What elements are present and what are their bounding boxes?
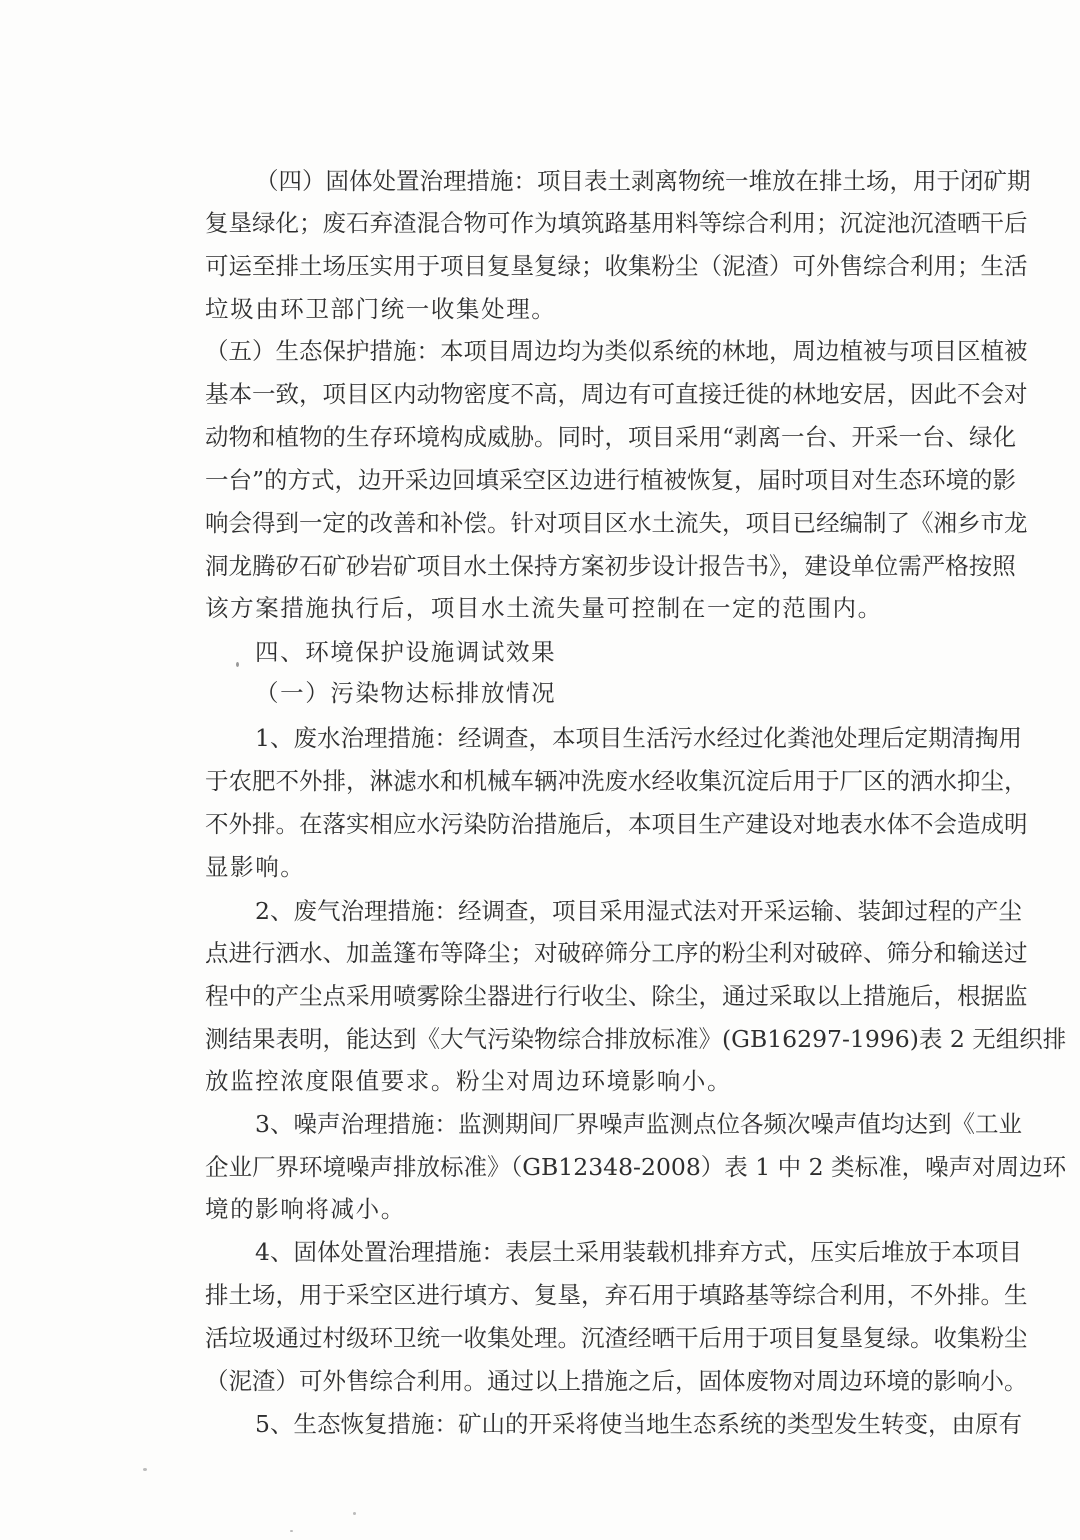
document-line: 点进行洒水、加盖篷布等降尘；对破碎筛分工序的粉尘利对破碎、筛分和输送过 bbox=[205, 932, 961, 975]
document-line: 企业厂界环境噪声排放标准》（GB12348-2008）表 1 中 2 类标准，噪… bbox=[205, 1146, 961, 1189]
document-line: 复垦绿化；废石弃渣混合物可作为填筑路基用料等综合利用；沉淀池沉渣晒干后 bbox=[205, 202, 961, 245]
document-line: 境的影响将减小。 bbox=[205, 1188, 406, 1231]
document-line: （五）生态保护措施：本项目周边均为类似系统的林地，周边植被与项目区植被 bbox=[205, 330, 961, 373]
document-line: 可运至排土场压实用于项目复垦复绿；收集粉尘（泥渣）可外售综合利用；生活 bbox=[205, 245, 961, 288]
document-line: 响会得到一定的改善和补偿。针对项目区水土流失，项目已经编制了《湘乡市龙 bbox=[205, 502, 961, 545]
document-line: 基本一致，项目区内动物密度不高，周边有可直接迁徙的林地安居，因此不会对 bbox=[205, 373, 961, 416]
document-line: 2、废气治理措施：经调查，项目采用湿式法对开采运输、装卸过程的产尘 bbox=[255, 890, 961, 933]
document-line: 垃圾由环卫部门统一收集处理。 bbox=[205, 288, 556, 331]
document-line: 洞龙腾矽石矿砂岩矿项目水土保持方案初步设计报告书》，建设单位需严格按照 bbox=[205, 545, 961, 588]
document-line: 于农肥不外排，淋滤水和机械车辆冲洗废水经收集沉淀后用于厂区的洒水抑尘， bbox=[205, 760, 961, 803]
document-line: （泥渣）可外售综合利用。通过以上措施之后，固体废物对周边环境的影响小。 bbox=[205, 1360, 961, 1403]
document-line: 显影响。 bbox=[205, 846, 305, 889]
scan-speck bbox=[143, 1468, 147, 1471]
scan-speck bbox=[353, 1512, 356, 1515]
document-line: 排土场，用于采空区进行填方、复垦，弃石用于填路基等综合利用，不外排。生 bbox=[205, 1274, 961, 1317]
document-line: 程中的产尘点采用喷雾除尘器进行行收尘、除尘，通过采取以上措施后，根据监 bbox=[205, 975, 961, 1018]
document-line: 测结果表明，能达到《大气污染物综合排放标准》(GB16297-1996)表 2 … bbox=[205, 1018, 961, 1061]
document-line: 放监控浓度限值要求。粉尘对周边环境影响小。 bbox=[205, 1060, 732, 1103]
document-line: 一台”的方式，边开采边回填采空区边进行植被恢复，届时项目对生态环境的影 bbox=[205, 459, 961, 502]
document-line: 动物和植物的生存环境构成威胁。同时，项目采用“剥离一台、开采一台、绿化 bbox=[205, 416, 961, 459]
document-line: 3、噪声治理措施：监测期间厂界噪声监测点位各频次噪声值均达到《工业 bbox=[255, 1103, 961, 1146]
document-line: 该方案措施执行后，项目水土流失量可控制在一定的范围内。 bbox=[205, 587, 883, 630]
document-line: 4、固体处置治理措施：表层土采用装载机排弃方式，压实后堆放于本项目 bbox=[255, 1231, 961, 1274]
document-line: 1、废水治理措施：经调查，本项目生活污水经过化粪池处理后定期清掏用 bbox=[255, 717, 961, 760]
scan-speck bbox=[236, 662, 239, 667]
scanned-document-page: （四）固体处置治理措施：项目表土剥离物统一堆放在排土场，用于闭矿期复垦绿化；废石… bbox=[0, 0, 1080, 1540]
scan-speck bbox=[290, 1530, 293, 1532]
document-line: （一）污染物达标排放情况 bbox=[255, 672, 556, 715]
document-line: 活垃圾通过村级环卫统一收集处理。沉渣经晒干后用于项目复垦复绿。收集粉尘 bbox=[205, 1317, 961, 1360]
document-line: 四、环境保护设施调试效果 bbox=[255, 631, 556, 674]
document-line: 不外排。在落实相应水污染防治措施后，本项目生产建设对地表水体不会造成明 bbox=[205, 803, 961, 846]
document-line: 5、生态恢复措施：矿山的开采将使当地生态系统的类型发生转变，由原有 bbox=[255, 1403, 961, 1446]
document-line: （四）固体处置治理措施：项目表土剥离物统一堆放在排土场，用于闭矿期 bbox=[255, 160, 961, 203]
